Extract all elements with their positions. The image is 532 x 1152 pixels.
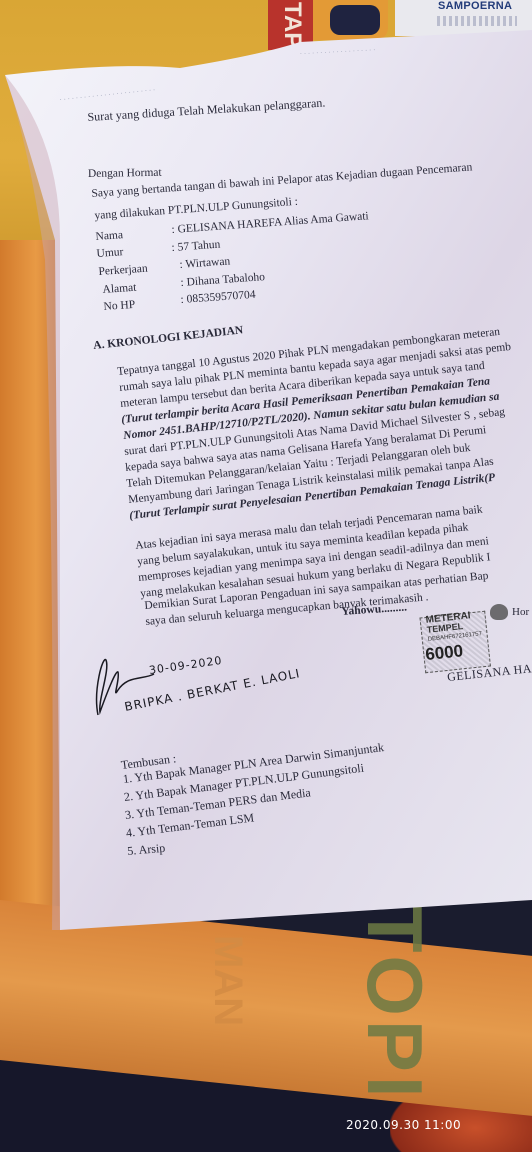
header-subject-line: Surat yang diduga Telah Melakukan pelang… bbox=[87, 95, 326, 125]
stamp-value: 6000 bbox=[424, 641, 464, 665]
duty-stamp: METERAI TEMPEL DEBAHF672161757 6000 bbox=[417, 607, 493, 674]
section-title: A. KRONOLOGI KEJADIAN bbox=[93, 324, 244, 352]
identity-label-age: Umur bbox=[96, 246, 124, 260]
identity-value-age: : 57 Tahun bbox=[171, 239, 221, 254]
letter-document: · · · · · · · · · · · · · · · · · · · · … bbox=[0, 0, 532, 1152]
identity-value-address: : Dihana Tabaloho bbox=[180, 271, 265, 289]
garuda-emblem-icon bbox=[490, 604, 508, 620]
greeting: Dengan Hormat bbox=[88, 167, 162, 180]
identity-label-name: Nama bbox=[95, 229, 123, 243]
identity-value-job: : Wirtawan bbox=[179, 255, 230, 271]
identity-label-phone: No HP bbox=[103, 299, 135, 313]
handwritten-date: 30‐09-2020 bbox=[148, 654, 223, 677]
identity-value-phone: : 085359570704 bbox=[180, 289, 256, 306]
honorific-text: Hor bbox=[512, 606, 529, 618]
identity-label-job: Perkerjaan bbox=[98, 263, 148, 278]
photo-timestamp: 2020.09.30 11:00 bbox=[346, 1118, 461, 1132]
identity-label-address: Alamat bbox=[102, 282, 137, 296]
cc-item: 5. Arsip bbox=[127, 841, 166, 859]
